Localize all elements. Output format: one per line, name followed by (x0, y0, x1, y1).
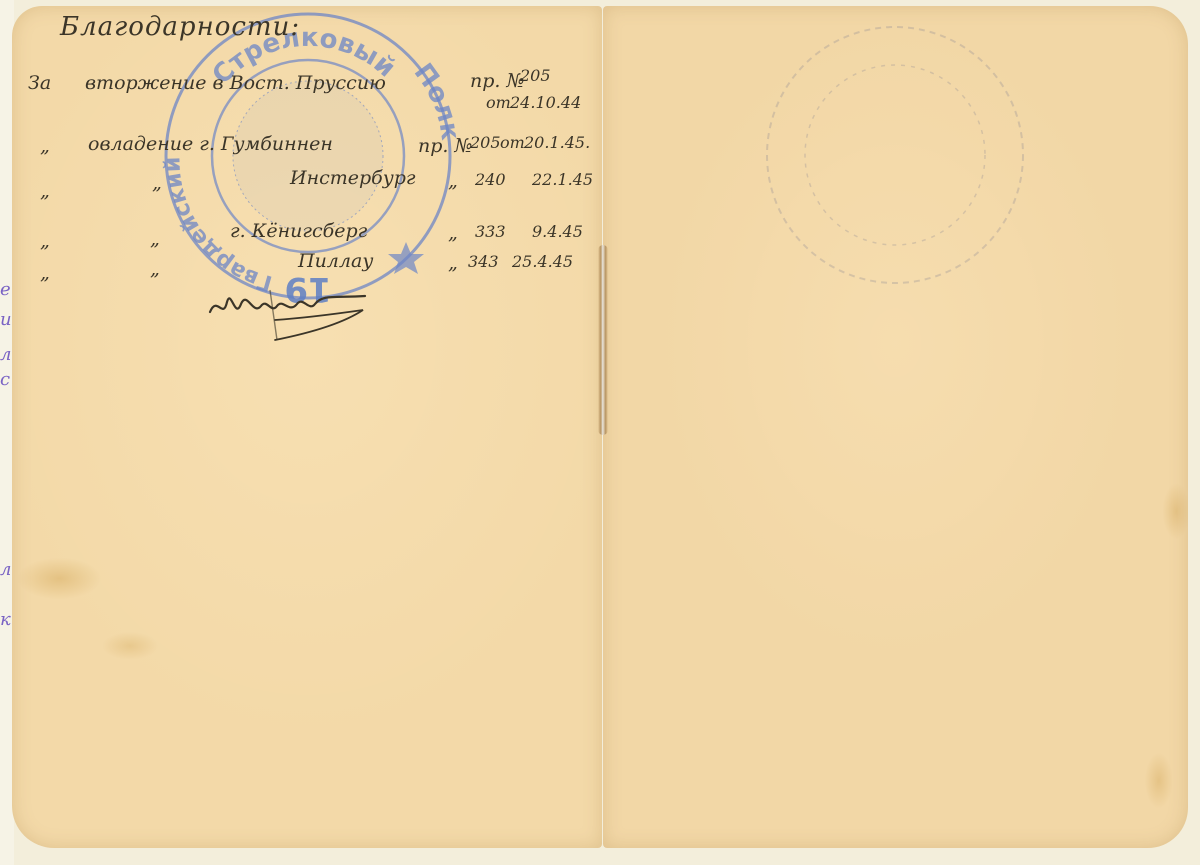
entry-1-date-prefix: от (486, 93, 511, 112)
entry-3-action: Инстербург (290, 167, 416, 189)
entry-5-ditto: „ (150, 258, 160, 280)
entry-2-prefix: „ (40, 135, 50, 157)
entry-4-prefix: „ (40, 230, 50, 252)
binding-fold-damage (598, 245, 608, 435)
entry-3-prefix: „ (40, 180, 50, 202)
entry-2-date-prefix: от (500, 133, 525, 152)
svg-text:Полк: Полк (408, 58, 458, 142)
entry-1-order-number: 205 (520, 66, 551, 85)
entry-5-order-number: 343 (468, 252, 499, 271)
entry-3-date: 22.1.45 (532, 170, 593, 189)
stamp-text-right: Полк (408, 58, 458, 142)
entry-1-date: 24.10.44 (510, 93, 581, 112)
entry-4-action: г. Кёнигсберг (230, 220, 367, 242)
entry-3-ditto: „ (152, 172, 162, 194)
entry-5-order-label: „ (448, 252, 458, 274)
officer-signature (205, 280, 375, 350)
entry-2-order-label: пр. № (418, 135, 472, 157)
commendations-heading: Благодарности: (60, 12, 300, 42)
entry-4-ditto: „ (150, 228, 160, 250)
entry-1-action: вторжение в Вост. Пруссию (85, 72, 386, 94)
stamp-show-through (760, 20, 1030, 290)
entry-2-action: овладение г. Гумбиннен (88, 133, 333, 155)
entry-2-date: 20.1.45. (524, 133, 590, 152)
entry-5-date: 25.4.45 (512, 252, 573, 271)
entry-4-order-number: 333 (475, 222, 506, 241)
entry-2-order-number: 205 (470, 133, 501, 152)
entry-4-order-label: „ (448, 222, 458, 244)
entry-1-order-label: пр. № (470, 70, 524, 92)
entry-5-prefix: „ (40, 262, 50, 284)
entry-4-date: 9.4.45 (532, 222, 583, 241)
entry-5-action: Пиллау (298, 250, 373, 272)
entry-3-order-number: 240 (475, 170, 506, 189)
entry-1-prefix: За (28, 72, 51, 94)
entry-3-order-label: „ (448, 170, 458, 192)
